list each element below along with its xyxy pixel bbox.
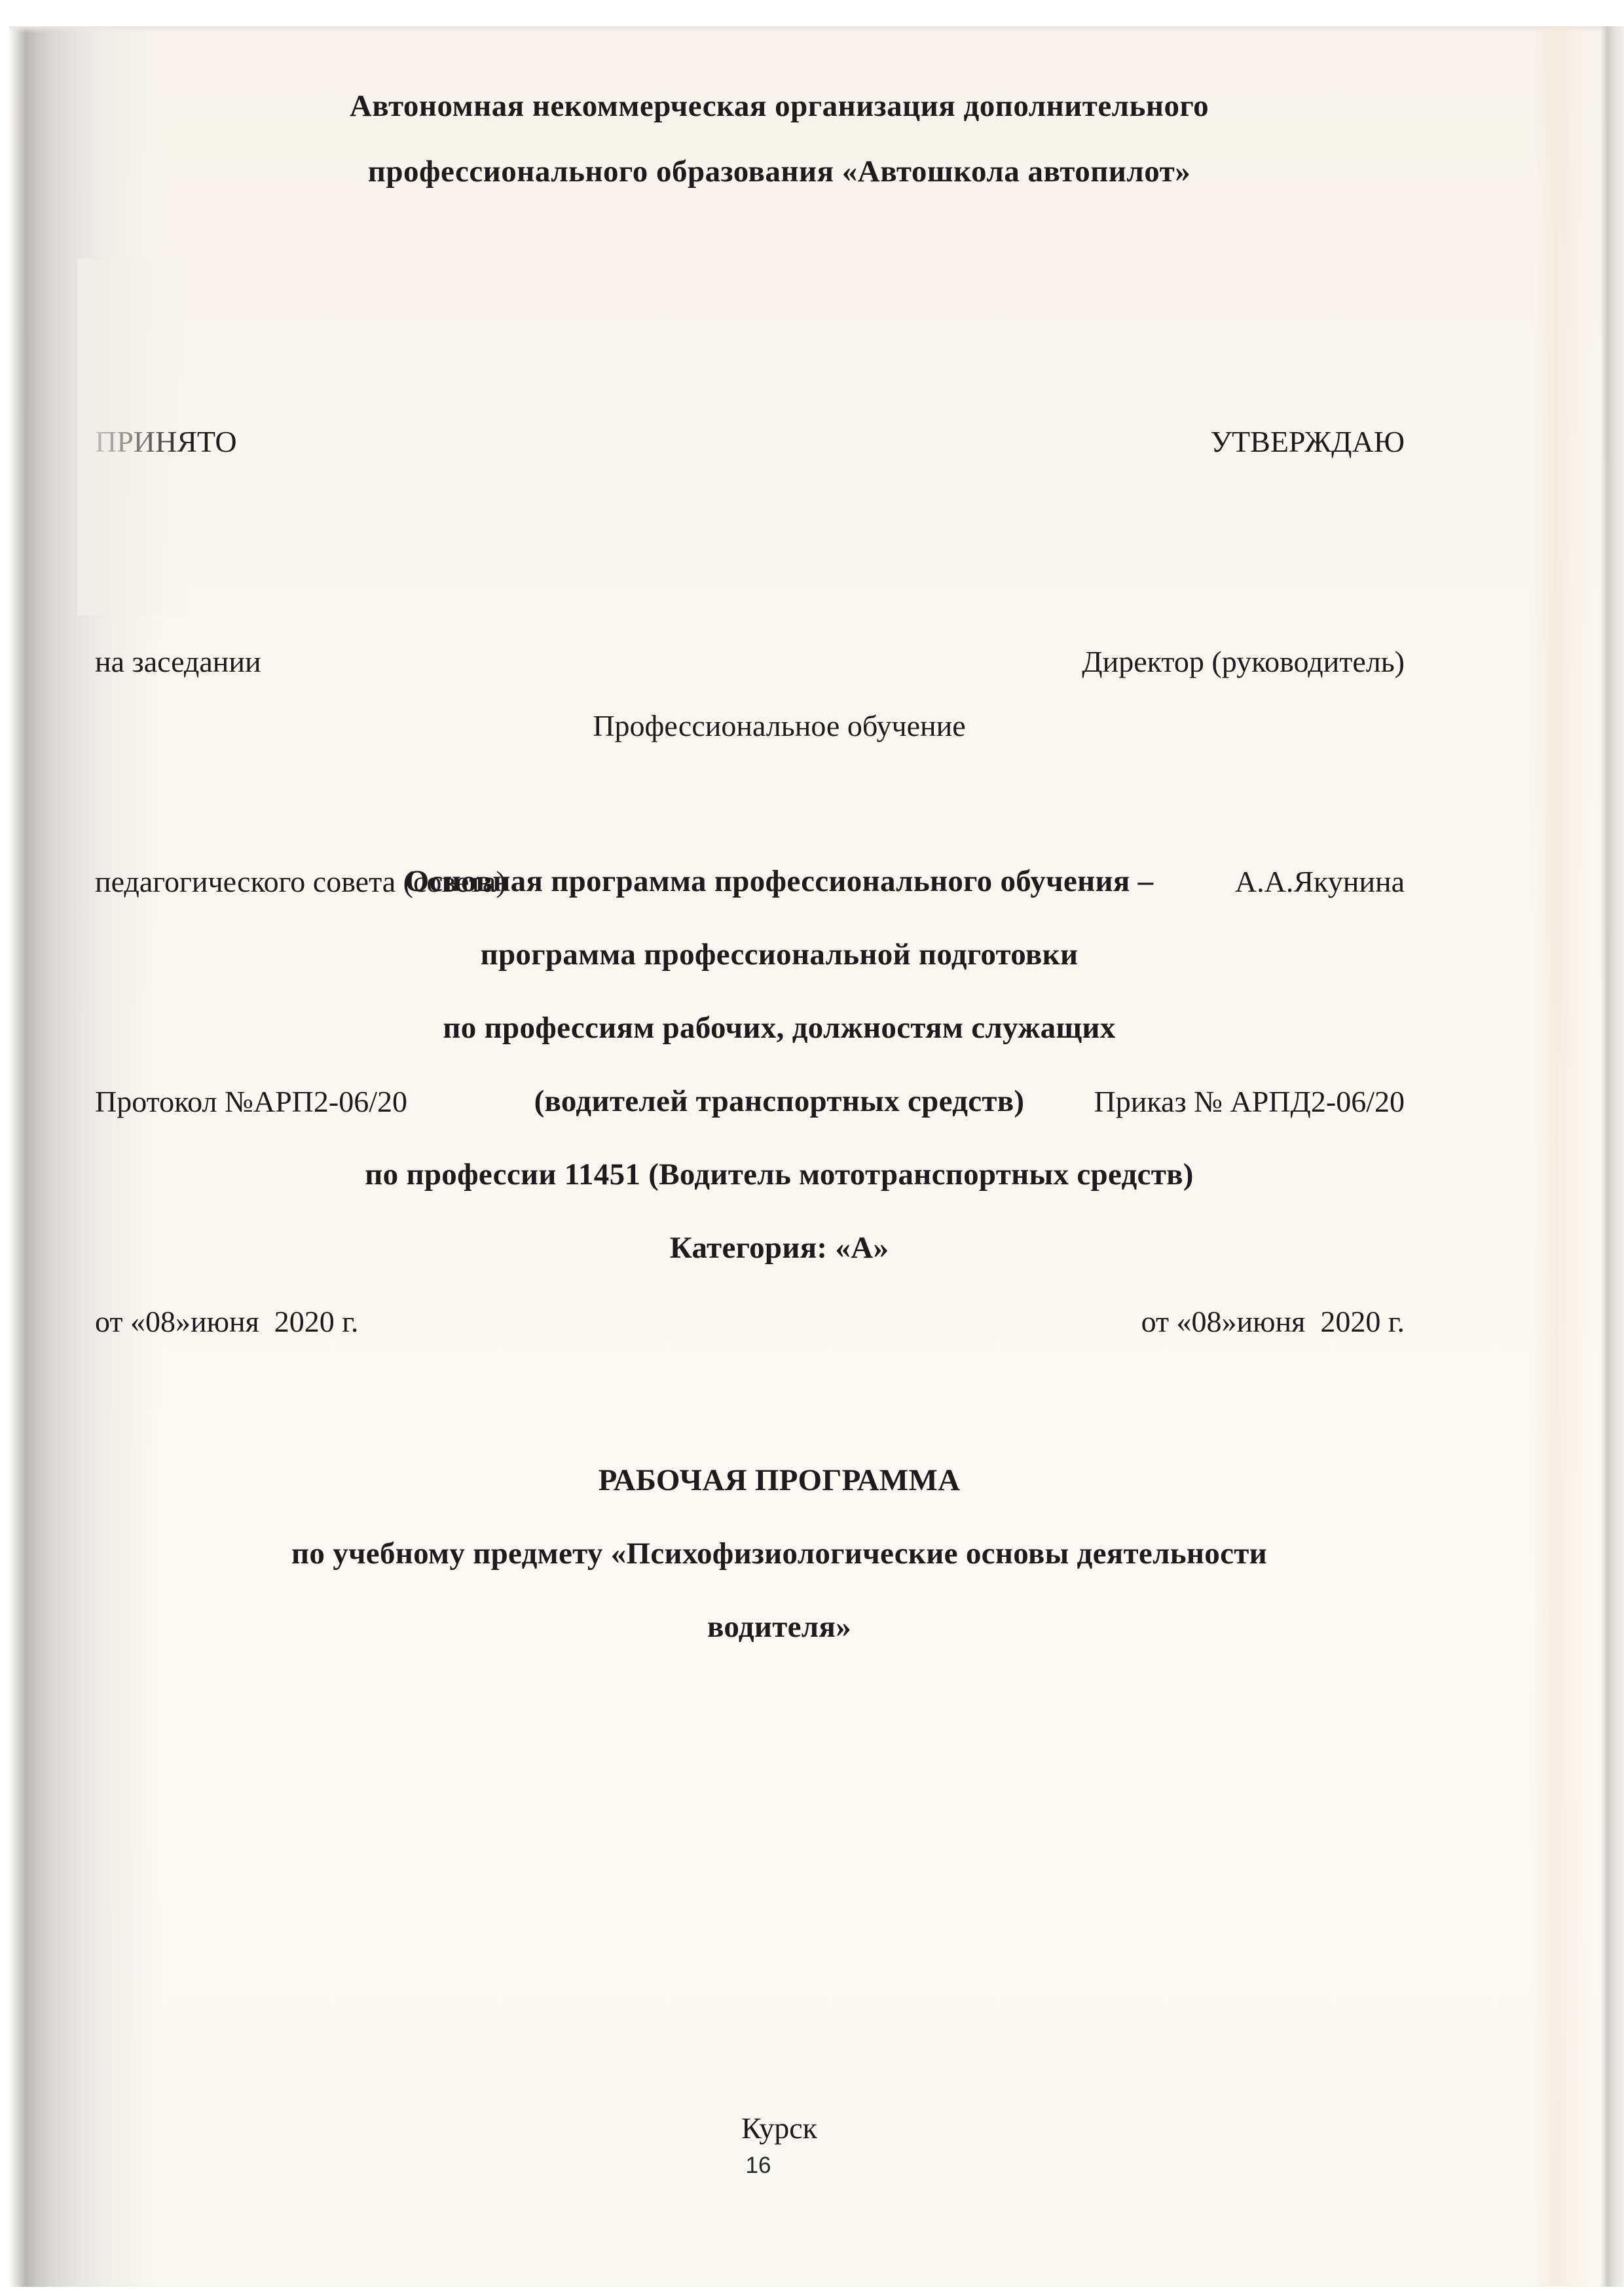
page-number: 16	[84, 2151, 1433, 2180]
program-title-line: (водителей транспортных средств)	[105, 1065, 1454, 1138]
work-program-title: РАБОЧАЯ ПРОГРАММА	[105, 1444, 1454, 1517]
program-title-line: Категория: «А»	[105, 1211, 1454, 1285]
program-title-block: Основная программа профессионального обу…	[105, 845, 1454, 1285]
program-title-line: программа профессиональной подготовки	[105, 918, 1454, 991]
city-name: Курск	[741, 2111, 817, 2145]
scan-right-tint-band	[1532, 26, 1591, 2287]
work-program-subtitle-line-1: по учебному предмету «Психофизиологическ…	[105, 1517, 1454, 1590]
program-title-line: по профессии 11451 (Водитель мототранспо…	[105, 1138, 1454, 1211]
organization-header: Автономная некоммерческая организация до…	[105, 73, 1454, 204]
org-name-line-2: профессионального образования «Автошкола…	[105, 139, 1454, 204]
accepted-line: от «08»июня 2020 г.	[95, 1285, 506, 1358]
program-title-line: Основная программа профессионального обу…	[105, 845, 1454, 918]
approved-line: Директор (руководитель)	[1082, 625, 1405, 699]
document-page: Автономная некоммерческая организация до…	[0, 0, 1624, 2296]
scan-top-seam	[9, 26, 1624, 33]
org-name-line-1: Автономная некоммерческая организация до…	[105, 73, 1454, 139]
work-program-block: РАБОЧАЯ ПРОГРАММА по учебному предмету «…	[105, 1444, 1454, 1664]
approved-line: от «08»июня 2020 г.	[1082, 1285, 1405, 1358]
work-program-subtitle-line-2: водителя»	[105, 1590, 1454, 1664]
approved-title: УТВЕРЖДАЮ	[1082, 405, 1405, 479]
accepted-title: ПРИНЯТО	[95, 405, 506, 479]
scan-right-page-edge	[1600, 26, 1624, 2287]
footer: Курск 16	[105, 2109, 1454, 2180]
program-title-line: по профессиям рабочих, должностям служащ…	[105, 991, 1454, 1065]
education-type-line: Профессиональное обучение	[105, 706, 1454, 746]
accepted-line: на заседании	[95, 625, 506, 699]
